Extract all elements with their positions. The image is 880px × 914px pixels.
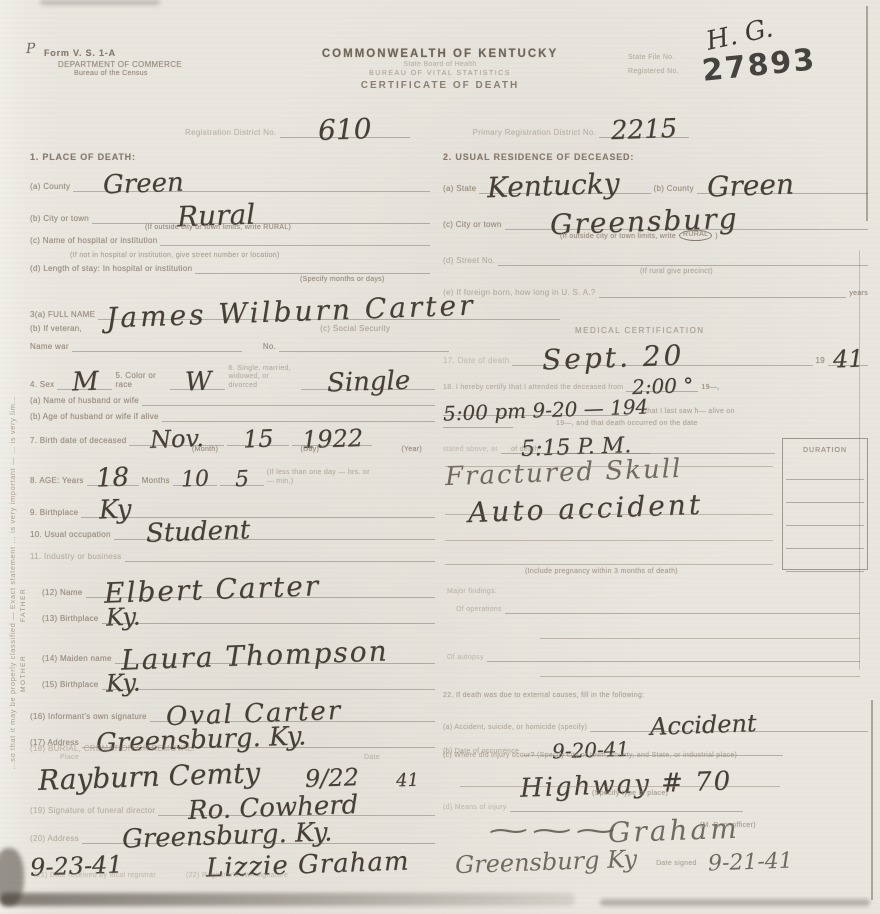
- scan-smudge-bottom-right: [600, 899, 870, 906]
- burial-handwriting-row: Rayburn Cemty 9/22 41: [38, 748, 448, 784]
- duration-box: DURATION: [782, 438, 868, 570]
- last-saw-label: that I last saw h— alive on: [645, 408, 735, 416]
- district-label: Registration District No.: [185, 128, 277, 138]
- occurred-label: 19—, and that death occurred on the date: [556, 420, 698, 428]
- primary-district-label: Primary Registration District No.: [473, 128, 597, 138]
- date-signed-handwriting: 9-21-41: [707, 853, 792, 872]
- death-year-prefix: 19: [816, 356, 826, 366]
- primary-district-value-cell: 2215: [599, 121, 689, 139]
- res-city-note-prefix: (If outside city or town limits, write: [560, 233, 676, 241]
- father-side-label: FATHER: [20, 588, 27, 622]
- pod-city-row: (b) City or town Rural: [30, 194, 430, 224]
- veteran-label: (b) If veteran,: [30, 324, 82, 334]
- age-years-handwriting: 18: [96, 468, 130, 489]
- res-street-note: (If rural give precinct): [640, 268, 713, 276]
- age-months-handwriting: 10: [180, 471, 209, 488]
- res-city-row: (c) City or town Greensburg: [443, 198, 868, 230]
- res-city-note-suffix: ): [715, 233, 718, 241]
- age-label: 8. AGE: Years: [30, 476, 84, 486]
- scan-smudge-top: [40, 0, 160, 5]
- certify-occurred-row: 19—, and that death occurred on the date: [443, 416, 868, 428]
- file-number-labels: State File No. Registered No.: [628, 54, 679, 77]
- marital-label: 6. Single, married, widowed, or divorced: [228, 365, 298, 390]
- stray-mark: P: [26, 44, 35, 52]
- res-state-label: (a) State: [443, 184, 476, 194]
- operations-row: Of operations: [456, 602, 860, 614]
- certify-attend-row: 5:00 pm 9-20 — 194 that I last saw h— al…: [443, 390, 868, 416]
- physician-address-handwriting: Greensburg Ky: [455, 850, 638, 874]
- registrar-labels-row: (21) Date received by local registrar (2…: [34, 872, 454, 880]
- sex-label: 4. Sex: [30, 380, 54, 390]
- color-handwriting: W: [184, 372, 211, 392]
- place-of-death-heading: 1. PLACE OF DEATH:: [30, 152, 136, 163]
- father-name-row: (12) Name Elbert Carter: [42, 560, 435, 598]
- secondary-cause-row: Auto accident: [468, 484, 703, 516]
- res-street-row: (d) Street No.: [443, 254, 868, 266]
- ssn-no-label: No.: [263, 342, 276, 352]
- md-or-officer-label: (M. D. or officer): [700, 822, 756, 830]
- pod-city-label: (b) City or town: [30, 214, 89, 224]
- autopsy-row: Of autopsy: [447, 650, 860, 662]
- res-county-handwriting: Green: [707, 173, 795, 197]
- district-value-cell: 610: [280, 119, 410, 138]
- funeral-director-row: (19) Signature of funeral director Ro. C…: [30, 786, 435, 816]
- rural-circled-word: RURAL: [679, 230, 712, 241]
- scan-edge-line-1: [866, 6, 868, 221]
- date-signed-label: Date signed: [656, 860, 697, 868]
- commonwealth-title: COMMONWEALTH OF KENTUCKY: [322, 48, 558, 60]
- birthdate-row: 7. Birth date of deceased Nov. 15 1922: [30, 418, 435, 446]
- father-name-label: (12) Name: [42, 588, 83, 598]
- res-street-label: (d) Street No.: [443, 256, 495, 266]
- burial-date-handwriting: 9/22: [305, 768, 360, 788]
- district-row: Registration District No. 610 Primary Re…: [185, 108, 785, 138]
- external-kind-label: (a) Accident, suicide, or homicide (spec…: [443, 724, 587, 732]
- registrar-signature-label: (22) Registrar's own signature: [186, 872, 288, 880]
- sex-color-marital-row: 4. Sex M 5. Color or race W 6. Single, m…: [30, 352, 435, 390]
- death-date-handwriting: Sept. 20: [542, 345, 685, 371]
- form-number: Form V. S. 1-A: [44, 48, 182, 59]
- res-state-handwriting: Kentucky: [487, 173, 620, 199]
- occupation-label: 10. Usual occupation: [30, 530, 111, 540]
- age-note: (If less than one day — hrs. or — min.): [267, 469, 377, 486]
- pod-stay-row: (d) Length of stay: In hospital or insti…: [30, 262, 430, 274]
- mother-name-row: (14) Maiden name Laura Thompson: [42, 624, 435, 664]
- birthdate-label: 7. Birth date of deceased: [30, 436, 126, 446]
- husband-name-label: (a) Name of husband or wife: [30, 396, 139, 406]
- registered-no-label: Registered No.: [628, 68, 679, 76]
- pregnancy-note: (Include pregnancy within 3 months of de…: [525, 568, 678, 576]
- occupation-handwriting: Student: [145, 521, 250, 544]
- age-months-label: Months: [142, 476, 170, 486]
- physician-address-row: Greensburg Ky Date signed 9-21-41: [455, 838, 870, 868]
- mother-birthplace-label: (15) Birthplace: [42, 680, 99, 690]
- bureau-line: Bureau of the Census: [74, 70, 182, 78]
- means-of-injury-label: (d) Means of injury: [443, 804, 507, 812]
- external-heading: 22. If death was due to external causes,…: [443, 692, 644, 700]
- res-foreign-label: (e) If foreign born, how long in U. S. A…: [443, 288, 596, 298]
- father-birthplace-row: (13) Birthplace Ky.: [42, 600, 435, 624]
- full-name-label: 3(a) FULL NAME: [30, 310, 95, 320]
- operations-label: Of operations: [456, 606, 502, 614]
- primary-district-value-handwriting: 2215: [611, 119, 678, 141]
- form-id-block: Form V. S. 1-A DEPARTMENT OF COMMERCE Bu…: [44, 48, 182, 79]
- title-block: COMMONWEALTH OF KENTUCKY State Board of …: [285, 48, 595, 91]
- pod-city-note: (If outside city or town limits, write R…: [145, 224, 291, 232]
- department-line: DEPARTMENT OF COMMERCE: [58, 60, 182, 70]
- death-date-label: 17. Date of death: [443, 356, 509, 366]
- name-war-label: Name war: [30, 342, 69, 352]
- registrar-row: 9-23-41 Lizzie Graham: [30, 840, 460, 872]
- mother-name-label: (14) Maiden name: [42, 654, 112, 664]
- pod-county-label: (a) County: [30, 182, 70, 192]
- scan-smudge-bottom-bar: [0, 893, 575, 906]
- res-county-label: (b) County: [654, 184, 694, 194]
- pod-hospital-row: (c) Name of hospital or institution: [30, 234, 430, 246]
- date-received-label: (21) Date received by local registrar: [34, 872, 156, 880]
- margin-instruction-text: …so that it may be properly classified —…: [8, 395, 17, 770]
- state-file-no-label: State File No.: [628, 54, 679, 62]
- subtitle-2: BUREAU OF VITAL STATISTICS: [369, 70, 511, 78]
- residence-heading: 2. USUAL RESIDENCE OF DECEASED:: [443, 152, 634, 163]
- district-value-handwriting: 610: [317, 118, 371, 141]
- mother-side-label: MOTHER: [20, 655, 27, 692]
- father-birthplace-label: (13) Birthplace: [42, 614, 99, 624]
- occupation-row: 10. Usual occupation Student: [30, 508, 435, 540]
- res-state-county-row: (a) State Kentucky (b) County Green: [443, 164, 868, 194]
- scan-edge-line-2: [859, 250, 860, 670]
- res-city-label: (c) City or town: [443, 220, 502, 230]
- age-row: 8. AGE: Years 18 Months 10 5 (If less th…: [30, 454, 435, 486]
- marital-handwriting: Single: [326, 371, 410, 393]
- pod-county-row: (a) County Green: [30, 164, 430, 192]
- death-certificate-scan: P Form V. S. 1-A DEPARTMENT OF COMMERCE …: [0, 0, 880, 914]
- pod-hospital-note: (If not in hospital or institution, give…: [70, 252, 280, 260]
- autopsy-label: Of autopsy: [447, 654, 484, 662]
- pod-stay-label: (d) Length of stay: In hospital or insti…: [30, 264, 192, 274]
- ssn-label: (c) Social Security: [320, 324, 390, 334]
- res-foreign-row: (e) If foreign born, how long in U. S. A…: [443, 286, 868, 298]
- where-injury-handwriting-row: Highway # 70: [520, 760, 732, 792]
- sex-handwriting: M: [71, 372, 98, 392]
- secondary-cause-handwriting: Auto accident: [468, 494, 704, 523]
- mother-birthplace-row: (15) Birthplace Ky.: [42, 666, 435, 690]
- death-date-row: 17. Date of death Sept. 20 19 41: [443, 332, 868, 366]
- pod-hospital-label: (c) Name of hospital or institution: [30, 236, 157, 246]
- color-label: 5. Color or race: [115, 371, 167, 390]
- cause-of-death-handwriting: Fractured Skull: [445, 459, 683, 487]
- res-city-note: (If outside city or town limits, write R…: [560, 230, 718, 241]
- husband-name-row: (a) Name of husband or wife: [30, 394, 435, 406]
- duration-label: DURATION: [803, 447, 847, 454]
- external-kind-row: (a) Accident, suicide, or homicide (spec…: [443, 706, 868, 732]
- cause-handwriting-row: Fractured Skull: [445, 450, 682, 480]
- age-days-handwriting: 5: [234, 471, 249, 488]
- major-findings-label: Major findings:: [447, 588, 497, 596]
- certify-from-row: 18. I hereby certify that I attended the…: [443, 368, 868, 392]
- where-injury-note: (Specify type of place): [592, 790, 668, 798]
- certificate-title: CERTIFICATE OF DEATH: [361, 80, 520, 91]
- pod-county-handwriting: Green: [103, 173, 184, 195]
- subtitle-1: State Board of Health: [403, 61, 476, 69]
- scan-edge-line-3: [871, 700, 873, 900]
